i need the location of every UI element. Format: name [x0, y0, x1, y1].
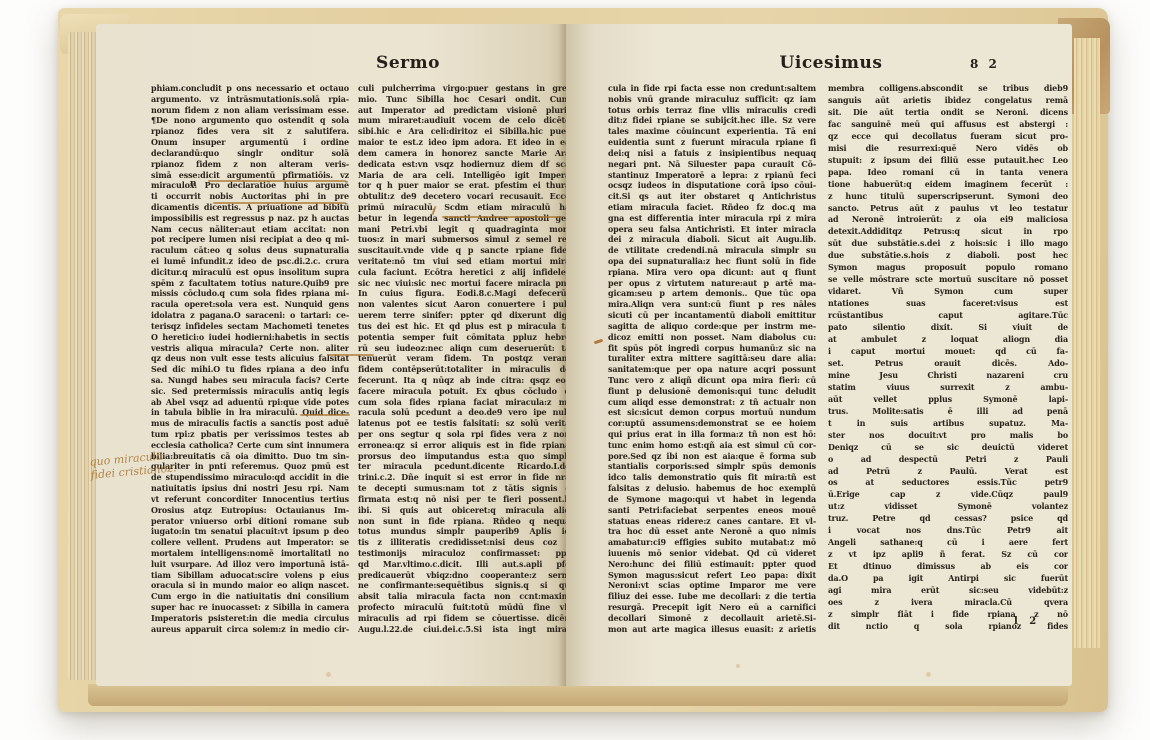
- text-line: nobis vnū grande miraculuz sufficit: qz …: [608, 94, 816, 105]
- folio-number: 8 2: [970, 57, 1000, 71]
- text-line: totus orbis terraz fine vllis miraculis …: [608, 105, 816, 116]
- text-line: Et dtinuo dimissus ab eis cor: [828, 561, 1068, 573]
- foxing-spot: [926, 672, 931, 677]
- text-line: qui prius erat in illa forma:z tñ non es…: [608, 429, 816, 440]
- text-line: tuos:z in mari submersos simul z semel r…: [358, 234, 570, 245]
- text-line: stantinuz Imperatorē a lepra: z rpianū f…: [608, 170, 816, 181]
- text-line: potentia semper fuit cōmitata ppluz hebr…: [358, 332, 570, 343]
- text-line: ibi. Si quis aut obiceret:q miracula ali…: [358, 505, 570, 516]
- right-column-2: membra colligens.abscondit se tribus die…: [828, 83, 1068, 643]
- text-line: tenuerūt veram fidem. Tn postqz veram: [358, 353, 570, 364]
- text-line: Nam cecus nāliter:aut etiam accitat: non: [151, 224, 349, 235]
- text-line: maior te est.z ideo ipm adora. Et ideo i…: [358, 137, 570, 148]
- text-line: veritate:nō tm viui sed etiam mortui mir…: [358, 256, 570, 267]
- text-line: gicam:seu p artem demonis.. Que tūc opa: [608, 288, 816, 299]
- text-line: perator vniuerso orbi ditioni romane sub: [151, 516, 349, 527]
- text-line: z vt ipz apli9 ñ ferat. Sz cū cor: [828, 549, 1068, 561]
- text-line: primū miraculū. Scdm etiam miraculū ha: [358, 202, 570, 213]
- text-line: iugato:in tm senatui placuit:vt ipsum p …: [151, 526, 349, 537]
- text-line: collere vellent. Prudens aut Imperator: …: [151, 537, 349, 548]
- text-line: fac sanguinē meū qui affusus est absterg…: [828, 119, 1068, 131]
- text-line: idco talis demonstratio quis fit mira:tñ…: [608, 472, 816, 483]
- text-line: gna est differentia inter miracula rpi z…: [608, 213, 816, 224]
- text-line: sibi.hic e Ara celi:diritoz ei Sibilla.h…: [358, 126, 570, 137]
- text-line: agi mira erūt sic:seu videbūt:z: [828, 585, 1068, 597]
- cover-bottom-edge: [88, 684, 1068, 706]
- text-line: tus dei est hic. Et qd plus est p miracu…: [358, 321, 570, 332]
- text-line: aut Imperator ad predictam visionē pluri…: [358, 105, 570, 116]
- text-line: amabatur:ci9 effigies subito mutabat:z m…: [608, 537, 816, 548]
- text-line: pot recipere lumen nisi recipiat a deo q…: [151, 234, 349, 245]
- text-line: Cum ergo in die natiuitatis dni consiliu…: [151, 591, 349, 602]
- text-line: Nero:hunc dei filiū estimauit: ppter quo…: [608, 559, 816, 570]
- text-line: truz. Petre qd cessas? psice qd: [828, 513, 1068, 525]
- text-line: profecto miraculū fuit:totū mūdū fine vl…: [358, 602, 570, 613]
- text-line: Deniqz cū se sic deuictū videret: [828, 442, 1068, 454]
- text-line: at ambulet z loquat aliogn dia: [828, 334, 1068, 346]
- text-line: tra hoc dū esset ante Neronē a quo nimis: [608, 526, 816, 537]
- book: Sermo phiam.concludit p ons necessario e…: [58, 8, 1108, 712]
- text-line: se velle mōstrare scte mortuū suscitare …: [828, 274, 1068, 286]
- text-line: tione habuerūt:q eidem imaginem fecerūt …: [828, 179, 1068, 191]
- text-line: dit:z fidei rpiane se subijcit.hec ille.…: [608, 115, 816, 126]
- text-line: ad Neronē introierūt: z oia ei9 malicios…: [828, 214, 1068, 226]
- text-line: ti occurrit nobis Auctoritas phi in pre: [151, 191, 349, 202]
- text-line: set. Petrus orauit dicēs. Ado-: [828, 358, 1068, 370]
- text-line: terisqz infideles sectam Machometi tenet…: [151, 321, 349, 332]
- text-line: totus mundus simplr pauperib9 Aplis id: [358, 526, 570, 537]
- text-line: Maria de ara celi. Intelligēo igit Imper…: [358, 170, 570, 181]
- reader-underline: [300, 414, 350, 416]
- text-line: Tunc vero z aliqñ dicunt opa mira fieri:…: [608, 375, 816, 386]
- text-line: fecerunt. Ita q nūqz ab inde citra: qsqz…: [358, 375, 570, 386]
- text-line: papa. Ideo romani cū in tanta venera: [828, 167, 1068, 179]
- text-line: santi Petri:faciebat serpentes eneos mou…: [608, 505, 816, 516]
- text-line: sūt due substātie.s.dei z hois:sic i ill…: [828, 238, 1068, 250]
- text-line: vidaret. Vñ Symon cum super: [828, 286, 1068, 298]
- text-line: fit spūs pōt ingredi corpus humanū:z sic…: [608, 343, 816, 354]
- foxing-spot: [736, 664, 740, 668]
- fore-edge-right: [1074, 38, 1100, 648]
- text-line: de vtilitate credendi.nā miracula simplr…: [608, 245, 816, 256]
- text-line: Symon magus proposuit populo romano: [828, 262, 1068, 274]
- text-line: phiam.concludit p ons necessario et octa…: [151, 83, 349, 94]
- text-line: resurgā. Precepit igit Nero eū a carnifi…: [608, 602, 816, 613]
- text-line: mum miraret:audiuit vocem de celo dicēte: [358, 115, 570, 126]
- left-page: Sermo phiam.concludit p ons necessario e…: [96, 24, 566, 686]
- text-line: opa dei supnaturalia:z hec fiunt solū in…: [608, 256, 816, 267]
- reader-underline: [442, 216, 562, 218]
- text-line: detexit.Addiditqz Petrus:q sicut in rpo: [828, 226, 1068, 238]
- text-line: stantialis corporis:sed simplr spūs demo…: [608, 461, 816, 472]
- text-line: cula in fide rpi facta esse non credunt:…: [608, 83, 816, 94]
- text-line: mon aut arte magica illesus euasit: z ar…: [608, 624, 816, 635]
- printer-guide-letter: n: [190, 179, 197, 189]
- text-line: uerem terre sinifer: ppter qd dixerunt d…: [358, 310, 570, 321]
- text-line: spēm z facultatem totius nature.Quib9 pr…: [151, 278, 349, 289]
- text-line: fiunt p delusionē demonis:qui tunc delud…: [608, 386, 816, 397]
- text-line: absit talia miracula facta non ccnt:maxi…: [358, 591, 570, 602]
- page-spread: Sermo phiam.concludit p ons necessario e…: [96, 24, 1072, 686]
- text-line: pato silentio dixit. Si viuit de: [828, 322, 1068, 334]
- text-line: misi die resurrexi:quē Nero vidēs ob: [828, 143, 1068, 155]
- text-line: oracula si in mundo maior eo aliqn nasce…: [151, 580, 349, 591]
- text-line: dem camera in honorez sancte Marie Ara: [358, 148, 570, 159]
- page-edges-left: [68, 32, 98, 680]
- text-line: da.O pa igit Antirpi sic fuerūt: [828, 573, 1068, 585]
- text-line: non valentes sicut Aaron conuertere i pu…: [358, 299, 570, 310]
- text-line: Imperatoris psisteret:in die media circu…: [151, 613, 349, 624]
- text-line: idolatra z pagana.O saraceni: o tartari:…: [151, 310, 349, 321]
- text-line: statuas eneas ridere:z canes cantare. Et…: [608, 516, 816, 527]
- text-line: sic. Sed pretermissis miraculis antiq le…: [151, 386, 349, 397]
- text-line: simā esse:dicit argumentū pfirmatiōis. v…: [151, 170, 349, 181]
- text-line: bilia:breuitatis cā oia dimitto. Duo tm …: [151, 451, 349, 462]
- left-column-2: culi pulcherrima virgo:puer gestans in g…: [358, 83, 570, 643]
- text-line: ter miracula pcedunt.dicente Ricardo.I.d…: [358, 461, 570, 472]
- reader-underline: [328, 354, 374, 356]
- text-line: non sunt in fide rpiana. Rñdeo q nequa: [358, 516, 570, 527]
- text-line: i caput mortui mouet: qd cū fa-: [828, 346, 1068, 358]
- text-line: Orosius atqz Eutropius: Octauianus Im-: [151, 505, 349, 516]
- text-line: z hunc titulū superscripserunt. Symoni d…: [828, 191, 1068, 203]
- text-line: sanitatem:que per opa nature acqri possu…: [608, 364, 816, 375]
- text-line: argumento. vz intrāsmutationis.solā rpia…: [151, 94, 349, 105]
- text-line: tiam Sibillam aduocat:scire volens p eiu…: [151, 570, 349, 581]
- text-line: mio. Tunc Sibilla hoc Cesari ondit. Cum: [358, 94, 570, 105]
- text-line: trini.c.2. Dñe inquit si est error in fi…: [358, 472, 570, 483]
- text-line: ut:z vidisset Symonē volantez: [828, 501, 1068, 513]
- text-line: oes z ivera miracla.Cū qvera: [828, 597, 1068, 609]
- text-line: predicauerūt vbiqz:dno cooperante:z serm: [358, 570, 570, 581]
- right-page: Uicesimus 8 2 cula in fide rpi facta ess…: [566, 24, 1072, 686]
- text-line: betur in legenda sancti Andree apostoli …: [358, 213, 570, 224]
- text-line: declarandū:quo singlr onditur solā: [151, 148, 349, 159]
- left-running-head: Sermo: [348, 54, 468, 72]
- text-line: sagitta de aliquo corde:que per instrm m…: [608, 321, 816, 332]
- text-line: racula solū pcedunt a deo.de9 vero ipe n…: [358, 407, 570, 418]
- text-line: missis cōcludo.q cum sola fides rpiana m…: [151, 288, 349, 299]
- text-line: trus. Molite:satis ē illi ad penā: [828, 406, 1068, 418]
- text-line: cor:uptū assumens:demonstrat se ee hoiem: [608, 418, 816, 429]
- text-line: cum sola fides rpiana faciat miracula:z …: [358, 397, 570, 408]
- text-line: ocsqz iudeos in disputatione corā ipso c…: [608, 180, 816, 191]
- text-line: Neroni:vt scias optime Imparor me vere: [608, 580, 816, 591]
- text-line: o ad despectū Petri z Pauli: [828, 454, 1068, 466]
- text-line: sanguis aūt arietis ibidez congelatus re…: [828, 95, 1068, 107]
- text-line: sancto. Petrus aūt z paulus vt leo testa…: [828, 203, 1068, 215]
- right-running-head: Uicesimus: [766, 54, 896, 72]
- text-line: cit.Si qs aut iter obstaret q Antichrist…: [608, 191, 816, 202]
- reader-underline: [213, 202, 346, 204]
- text-line: iuuenis mō senior videbat. Qd cū videret: [608, 548, 816, 559]
- text-line: vt referunt concorditer Innocentius tert…: [151, 494, 349, 505]
- text-line: pore.Sed qz ibi non est aia:que ē forma …: [608, 451, 816, 462]
- text-line: de stupendissimo miraculo:qd accidit in …: [151, 472, 349, 483]
- text-line: aureus apparuit circa solem:z in medio c…: [151, 624, 349, 635]
- text-line: cum aliqd esse demonstrat: z tñ actualr …: [608, 397, 816, 408]
- text-line: gulariter in pnti referemus. Quoz pmū es…: [151, 461, 349, 472]
- text-line: O heretici:o iudei hodierni:habetis in s…: [151, 332, 349, 343]
- text-line: racula operet:sola vera est. Nunquid gen…: [151, 299, 349, 310]
- text-line: latenus pot ee testis falsitati: sz solū…: [358, 418, 570, 429]
- text-line: dei:q nisi a fatuis z insipientibus nequ…: [608, 148, 816, 159]
- reader-underline: [208, 180, 346, 182]
- text-line: luit vsurpare. Ad illoz vero importunā i…: [151, 559, 349, 570]
- text-line: ad Petrū z Paulū. Verat est: [828, 466, 1068, 478]
- text-line: per ons segtur q sola rpi fides vera z n…: [358, 429, 570, 440]
- text-line: prorsus deo iimputandus est:a quo simpli: [358, 451, 570, 462]
- text-line: In cuius figura. Eodi.8.c.Magi defecerūt: [358, 288, 570, 299]
- text-line: mus de miraculis factis a sanctis post a…: [151, 418, 349, 429]
- text-line: miraculis ad rpi fidem se cōuertisse. di…: [358, 613, 570, 624]
- text-line: membra colligens.abscondit se tribus die…: [828, 83, 1068, 95]
- text-line: os at seductores essis.Tūc petr9: [828, 477, 1068, 489]
- text-line: ū.Erige cap z vide.Cūqz paul9: [828, 489, 1068, 501]
- text-line: tales maxime cōuincunt experientia. Tā e…: [608, 126, 816, 137]
- text-line: sit. Die aūt tertia ondit se Neroni. dic…: [828, 107, 1068, 119]
- text-line: Onum insuper argumentū i ordine: [151, 137, 349, 148]
- text-line: tis z illiteratis credidisset:nisi deus …: [358, 537, 570, 548]
- text-line: testimonijs miraculoz confirmasset: ppt: [358, 548, 570, 559]
- text-line: suscitauit.vnde vide q p sancte rpiane f…: [358, 245, 570, 256]
- right-column-1: cula in fide rpi facta esse non credunt:…: [608, 83, 816, 643]
- text-line: due substātie.s.hois z diaboli. post hec: [828, 250, 1068, 262]
- text-line: ne confirmante:sequētibus signis.q si qu: [358, 580, 570, 591]
- text-line: statim viuus surrexit z ambu-: [828, 382, 1068, 394]
- text-line: rpiana. Mira vero opa dicunt: aut q fiun…: [608, 267, 816, 278]
- reader-margin-mark: [594, 339, 603, 345]
- text-line: norum fidem z non aliam verissimam esse.: [151, 105, 349, 116]
- quire-signature: l 2: [1014, 616, 1040, 627]
- text-line: qz deus non vult esse tests alicuius fal…: [151, 353, 349, 364]
- text-line: ecclesia catholica? Certe cum sint innum…: [151, 440, 349, 451]
- text-line: ster nos docuit:vt pro malis bo: [828, 430, 1068, 442]
- text-line: Angeli sathane:q cū i aere fert: [828, 537, 1068, 549]
- text-line: ¶De nono argumento quo ostendit q sola: [151, 115, 349, 126]
- text-line: qd Mar.vltimo.c.dicit. Illi aut.s.apli p…: [358, 559, 570, 570]
- text-line: ei lumē infundit.z ideo de psc.di.2.c. c…: [151, 256, 349, 267]
- text-line: dei z miracula diaboli. Sicut ait Augu.l…: [608, 234, 816, 245]
- text-line: tum rpi:z pbatis per verissimos testes a…: [151, 429, 349, 440]
- text-line: mortalem intelligens:nomē imortalitatl n…: [151, 548, 349, 559]
- text-line: cula faciunt. Ecōtra heretici z alij inf…: [358, 267, 570, 278]
- text-line: t in suis artibus supatuz. Ma-: [828, 418, 1068, 430]
- text-line: dicitur.q miraculū est opus insolitum su…: [151, 267, 349, 278]
- text-line: decollari Simonē z decollauit arietē.Si-: [608, 613, 816, 624]
- text-line: ab Abel vsqz ad aduentū rpi:que vide pot…: [151, 397, 349, 408]
- text-line: rcūstantibus caput agitare.Tūc: [828, 310, 1068, 322]
- text-line: rpianoz fidem z non alteram veris-: [151, 159, 349, 170]
- text-line: vestris aliqua miracula? Certe non. alit…: [151, 343, 349, 354]
- text-line: te decepti sumus:nam tot z tātis signis …: [358, 483, 570, 494]
- text-line: erronea:qz si error aliquis est in fide …: [358, 440, 570, 451]
- text-line: facere miracula potuit. Ex qbus cōcludo …: [358, 386, 570, 397]
- text-line: obtulit:z de9 decetero vocari recusauit.…: [358, 191, 570, 202]
- text-line: turaliter extra mittere sagittā:seu dare…: [608, 353, 816, 364]
- text-line: ntationes suas faceret:visus est: [828, 298, 1068, 310]
- text-line: tunc enim homo est:qñ aia est simul cū c…: [608, 440, 816, 451]
- text-line: in tabula biblie in lra miraculū. Quid d…: [151, 407, 349, 418]
- text-line: aūt vellet pplus Symonē lapi-: [828, 394, 1068, 406]
- text-line: opera seu falsa Antichristi. Et inter mi…: [608, 224, 816, 235]
- text-line: dedicata est:vn vsqz hodiernuz diem df s…: [358, 159, 570, 170]
- text-line: falsitas z delusio. habemus de hoc exemp…: [608, 483, 816, 494]
- left-column-1: phiam.concludit p ons necessario et octa…: [151, 83, 349, 643]
- text-line: qz ecce qui decollatus fueram sicut pro-: [828, 131, 1068, 143]
- text-line: tor q h puer maior se erat. pfestim ei t…: [358, 180, 570, 191]
- text-line: est sic:sicut demon corpus mortuū nundum: [608, 407, 816, 418]
- text-line: mira.Aliqn vera sunt:cū fiunt p res nāle…: [608, 299, 816, 310]
- text-line: etiam miracula faciet. Rñdeo fz doc.q ma: [608, 202, 816, 213]
- text-line: Symon magus:sicut refert Leo papa: dixit: [608, 570, 816, 581]
- text-line: filiuz dei esse. Iube me decollari: z di…: [608, 591, 816, 602]
- text-line: per opus z virtutem nature:aut p artē ma…: [608, 278, 816, 289]
- text-line: Sed dic mihi.O tu fides rpiana a deo inf…: [151, 364, 349, 375]
- text-line: firmata est:q nō nisi per te fieri posse…: [358, 494, 570, 505]
- text-line: negari pnt. Nā Siluester papa curauit Cō…: [608, 159, 816, 170]
- text-line: rū seu iudeoz:nec aliqn cum deseruerūt: …: [358, 343, 570, 354]
- text-line: impossibilis est regressus p naz. pz h a…: [151, 213, 349, 224]
- text-line: sa. Nungd habes seu miracula facis? Cert…: [151, 375, 349, 386]
- text-line: Augu.l.22.de ciui.dei.c.5.Si ista ingt m…: [358, 624, 570, 635]
- text-line: rpianoz fides vera sit z salutifera.: [151, 126, 349, 137]
- text-line: mine Jesu Christi nazareni cru: [828, 370, 1068, 382]
- text-line: fidem contēpserūt:totaliter in miraculis…: [358, 364, 570, 375]
- text-line: sic nec viui:sic nec mortui facere mirac…: [358, 278, 570, 289]
- text-line: natiuitatis ipsius dni nostri Jesu rpi. …: [151, 483, 349, 494]
- text-line: euidentia sunt z fuerunt miracula rpiane…: [608, 137, 816, 148]
- text-line: mani Petri.vbi legit q quadraginta mor-: [358, 224, 570, 235]
- text-line: sicuti cū per incantamentū diaboli emitt…: [608, 310, 816, 321]
- text-line: raculum cāt:eo q solus deus supnaturalia: [151, 245, 349, 256]
- text-line: super hac re inuocasset: z Sibilla in ca…: [151, 602, 349, 613]
- text-line: de Symone mago:qui vt habet in legenda: [608, 494, 816, 505]
- text-line: i vocat nos dns.Tūc Petr9 ait: [828, 525, 1068, 537]
- text-line: stupuit: z ipsum dei filiū esse putauit.…: [828, 155, 1068, 167]
- foxing-spot: [326, 672, 331, 677]
- text-line: culi pulcherrima virgo:puer gestans in g…: [358, 83, 570, 94]
- text-line: dicoz emitti non posset. Nam diabolus cu…: [608, 332, 816, 343]
